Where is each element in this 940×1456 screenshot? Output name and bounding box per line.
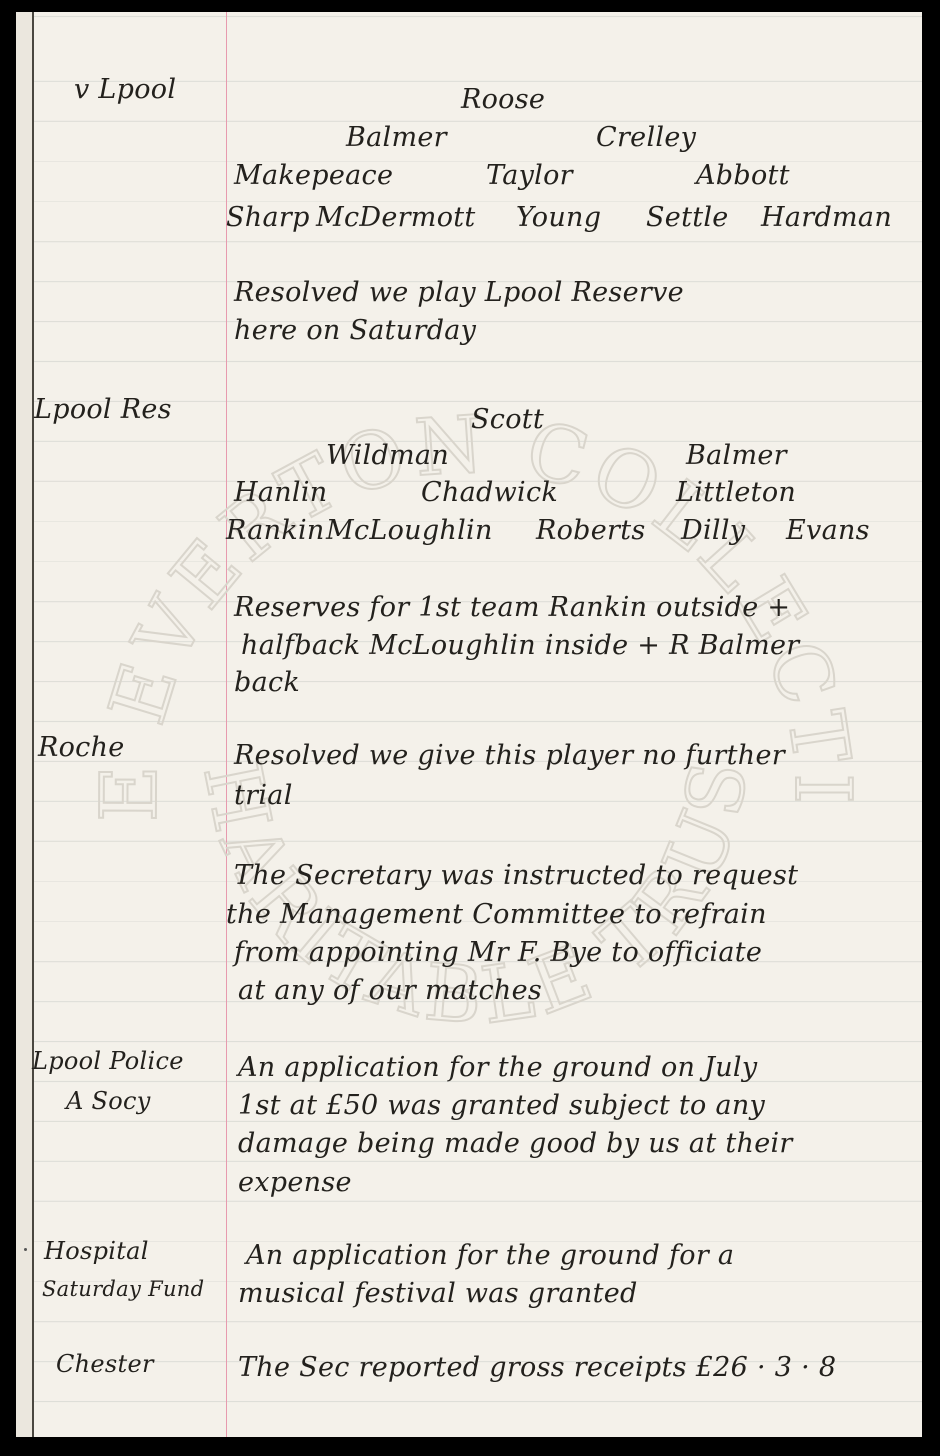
lineup-forward-2: McDermott (316, 202, 476, 233)
entry-label-roche: Roche (38, 732, 125, 763)
entry-label-lpool-res: Lpool Res (34, 394, 172, 425)
lineup-half-centre: Chadwick (421, 477, 558, 508)
minute-text: The Sec reported gross receipts £26 · 3 … (238, 1352, 836, 1383)
lineup-back-right: Crelley (596, 122, 696, 153)
minute-book-page: THE EVERTON COLLECTION CHARITABLE TRUST … (16, 12, 922, 1437)
minute-text: here on Saturday (234, 315, 476, 346)
lineup-forward-3: Young (516, 202, 601, 233)
margin-mark (24, 1248, 27, 1251)
minute-text: An application for the ground for a (246, 1240, 734, 1271)
lineup-forward-5: Hardman (761, 202, 892, 233)
minute-text: 1st at £50 was granted subject to any (238, 1090, 765, 1121)
lineup-half-right: Abbott (696, 160, 790, 191)
lineup-half-left: Makepeace (234, 160, 393, 191)
entry-label-a-socy: A Socy (66, 1087, 151, 1115)
minute-text: An application for the ground on July (238, 1052, 757, 1083)
minute-text: the Management Committee to refrain (226, 899, 767, 930)
entry-label-hospital: Hospital (44, 1237, 149, 1265)
lineup-forward-3: Roberts (536, 515, 646, 546)
minute-text: The Secretary was instructed to request (234, 860, 798, 891)
lineup-back-left: Wildman (326, 440, 449, 471)
lineup-forward-4: Settle (646, 202, 729, 233)
minute-text: Reserves for 1st team Rankin outside + (234, 592, 790, 623)
lineup-back-left: Balmer (346, 122, 447, 153)
lineup-goal: Scott (471, 404, 544, 435)
minute-text: halfback McLoughlin inside + R Balmer (241, 630, 799, 661)
minute-text: Resolved we play Lpool Reserve (234, 277, 684, 308)
minute-text: damage being made good by us at their (238, 1128, 793, 1159)
minute-text: trial (234, 780, 293, 811)
lineup-half-left: Hanlin (234, 477, 328, 508)
lineup-forward-4: Dilly (681, 515, 745, 546)
lineup-half-right: Littleton (676, 477, 796, 508)
entry-label-lpool-police: Lpool Police (32, 1047, 184, 1075)
lineup-back-right: Balmer (686, 440, 787, 471)
entry-label-saturday-fund: Saturday Fund (42, 1277, 204, 1301)
minute-text: musical festival was granted (238, 1278, 638, 1309)
minute-text: expense (238, 1167, 352, 1198)
entry-label-v-lpool: v Lpool (74, 74, 176, 105)
entry-label-chester: Chester (56, 1350, 154, 1378)
minute-text: Resolved we give this player no further (234, 740, 785, 771)
minute-text: back (234, 667, 300, 698)
minute-text: from appointing Mr F. Bye to officiate (234, 937, 762, 968)
lineup-forward-1: Rankin (226, 515, 325, 546)
lineup-goal: Roose (461, 84, 545, 115)
lineup-forward-5: Evans (786, 515, 870, 546)
lineup-forward-1: Sharp (226, 202, 310, 233)
binding-edge (16, 12, 32, 1437)
left-vertical-rule (32, 12, 34, 1437)
lineup-half-centre: Taylor (486, 160, 573, 191)
minute-text: at any of our matches (238, 975, 542, 1006)
lineup-forward-2: McLoughlin (326, 515, 493, 546)
